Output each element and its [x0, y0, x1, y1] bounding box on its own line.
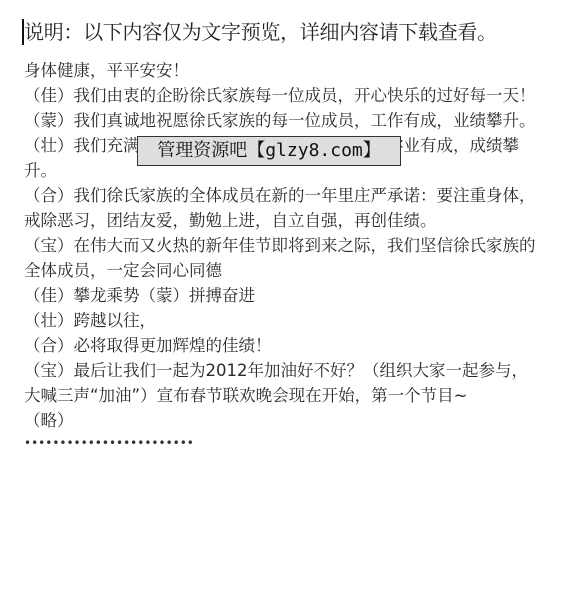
paragraph: （佳）我们由衷的企盼徐氏家族每一位成员，开心快乐的过好每一天！ — [24, 83, 544, 108]
paragraph: （略） — [24, 408, 544, 433]
ellipsis-dots: •••••••••••••••••••••••• — [24, 433, 544, 453]
paragraph: （宝）最后让我们一起为2012年加油好不好？（组织大家一起参与，大喊三声“加油”… — [24, 358, 544, 408]
preview-notice: 说明：以下内容仅为文字预览，详细内容请下载查看。 — [24, 18, 497, 46]
watermark-banner: 管理资源吧【glzy8.com】 — [137, 136, 401, 166]
paragraph: 身体健康，平平安安！ — [24, 58, 544, 83]
paragraph: （蒙）我们真诚地祝愿徐氏家族的每一位成员，工作有成，业绩攀升。 — [24, 108, 544, 133]
paragraph: （佳）攀龙乘势（蒙）拼搏奋进 — [24, 283, 544, 308]
paragraph: （合）我们徐氏家族的全体成员在新的一年里庄严承诺：要注重身体，戒除恶习，团结友爱… — [24, 183, 544, 233]
paragraph: （合）必将取得更加辉煌的佳绩！ — [24, 333, 544, 358]
document-body: 身体健康，平平安安！ （佳）我们由衷的企盼徐氏家族每一位成员，开心快乐的过好每一… — [24, 58, 544, 453]
paragraph: （宝）在伟大而又火热的新年佳节即将到来之际，我们坚信徐氏家族的全体成员，一定会同… — [24, 233, 544, 283]
paragraph: （壮）跨越以往， — [24, 308, 544, 333]
